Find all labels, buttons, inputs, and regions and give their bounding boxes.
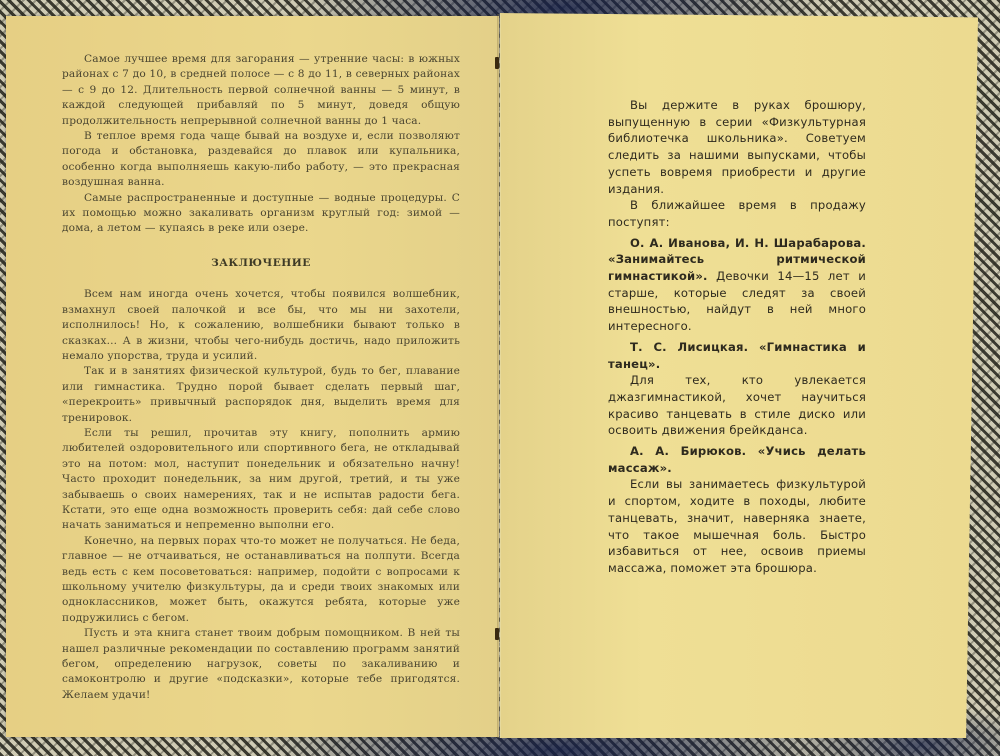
staple-bottom (495, 628, 499, 640)
book-entry: Т. С. Лисицкая. «Гимнастика и танец». (608, 339, 866, 372)
paragraph: Конечно, на первых порах что-то может не… (62, 534, 460, 626)
paragraph: Всем нам иногда очень хочется, чтобы поя… (62, 287, 460, 364)
book-description: Если вы занимаетесь физкультурой и спорт… (608, 476, 866, 576)
paragraph: Так и в занятиях физической культурой, б… (62, 364, 460, 426)
book-description: Для тех, кто увлекается джазгимнастикой,… (608, 372, 866, 439)
book-entry: А. А. Бирюков. «Учись делать массаж». (608, 443, 866, 476)
paragraph: Пусть и эта книга станет твоим добрым по… (62, 626, 460, 703)
paragraph: Самое лучшее время для загорания — утрен… (62, 52, 460, 129)
coming-soon-paragraph: В ближайшее время в продажу поступят: (608, 197, 866, 230)
intro-paragraph: Вы держите в руках брошюру, выпущенную в… (608, 97, 866, 197)
staple-top (495, 57, 499, 69)
right-page-text: Вы держите в руках брошюру, выпущенную в… (608, 97, 866, 581)
book-title: А. А. Бирюков. «Учись делать массаж». (608, 444, 866, 475)
section-heading: ЗАКЛЮЧЕНИЕ (62, 256, 460, 271)
book-entry: О. А. Иванова, И. Н. Шарабарова. «Занима… (608, 235, 866, 335)
paragraph: В теплое время года чаще бывай на воздух… (62, 129, 460, 191)
book-title: Т. С. Лисицкая. «Гимнастика и танец». (608, 340, 866, 371)
paragraph: Если ты решил, прочитав эту книгу, попол… (62, 426, 460, 534)
left-page-text: Самое лучшее время для загорания — утрен… (62, 52, 460, 703)
paragraph: Самые распространенные и доступные — вод… (62, 191, 460, 237)
